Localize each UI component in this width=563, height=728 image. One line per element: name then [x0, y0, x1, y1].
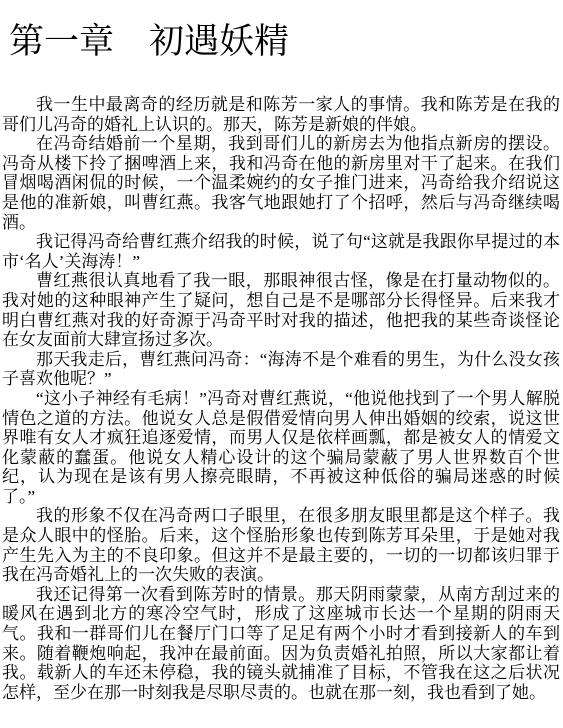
paragraph: 在冯奇结婚前一个星期，我到哥们儿的新房去为他指点新房的摆设。冯奇从楼下拎了捆啤酒… [2, 134, 560, 232]
paragraph: “这小子神经有毛病！”冯奇对曹红燕说，“他说他找到了一个男人解脱情色之道的方法。… [2, 389, 560, 507]
paragraph: 曹红燕很认真地看了我一眼，那眼神很古怪，像是在打量动物似的。我对她的这种眼神产生… [2, 271, 560, 349]
paragraph: 我还记得第一次看到陈芳时的情景。那天阴雨蒙蒙，从南方刮过来的暖风在遇到北方的寒冷… [2, 585, 560, 703]
paragraph: 我的形象不仅在冯奇两口子眼里，在很多朋友眼里都是这个样子。我是众人眼中的怪胎。后… [2, 506, 560, 584]
chapter-title: 第一章 初遇妖精 [9, 21, 560, 63]
chapter-body: 我一生中最离奇的经历就是和陈芳一家人的事情。我和陈芳是在我的哥们儿冯奇的婚礼上认… [2, 95, 560, 702]
paragraph: 那天我走后，曹红燕问冯奇：“海涛不是个难看的男生，为什么没女孩子喜欢他呢？” [2, 350, 560, 389]
paragraph: 我一生中最离奇的经历就是和陈芳一家人的事情。我和陈芳是在我的哥们儿冯奇的婚礼上认… [2, 95, 560, 134]
document-page: 第一章 初遇妖精 我一生中最离奇的经历就是和陈芳一家人的事情。我和陈芳是在我的哥… [0, 0, 563, 728]
paragraph: 我记得冯奇给曹红燕介绍我的时候，说了句“这就是我跟你早提过的本市‘名人’关海涛！… [2, 232, 560, 271]
